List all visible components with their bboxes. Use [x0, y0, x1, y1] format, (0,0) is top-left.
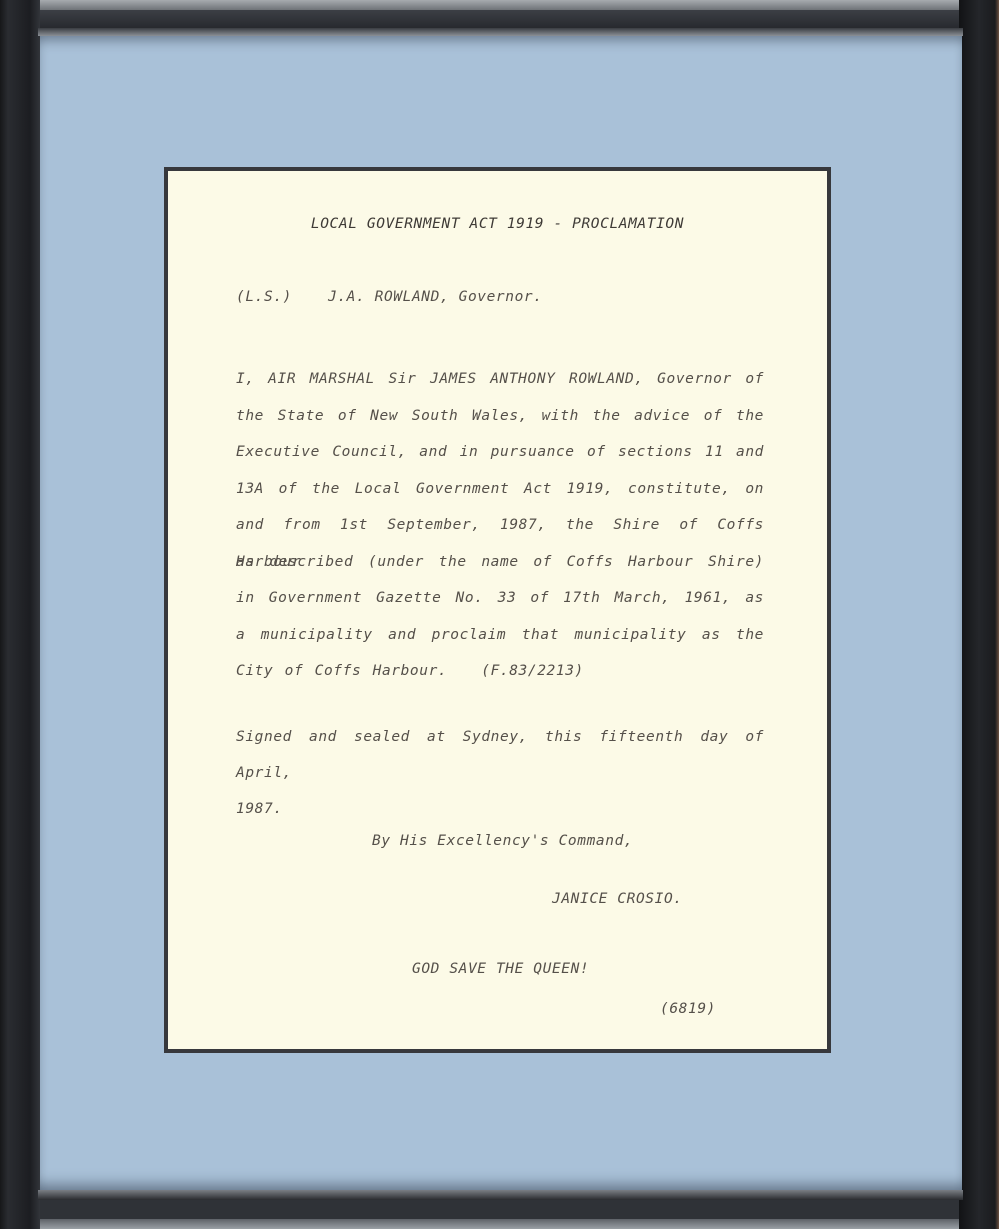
body-line: and from 1st September, 1987, the Shire …: [236, 507, 764, 544]
signatory-name: JANICE CROSIO.: [552, 891, 683, 907]
body-line: in Government Gazette No. 33 of 17th Mar…: [236, 580, 764, 617]
proclamation-body: I, AIR MARSHAL Sir JAMES ANTHONY ROWLAND…: [236, 361, 764, 690]
body-line: a municipality and proclaim that municip…: [236, 617, 764, 654]
proclamation-document: LOCAL GOVERNMENT ACT 1919 - PROCLAMATION…: [164, 167, 831, 1053]
frame-right-edge: [959, 0, 999, 1229]
body-line: City of Coffs Harbour. (F.83/2213): [236, 653, 764, 690]
closing-salutation: GOD SAVE THE QUEEN!: [412, 961, 589, 977]
signed-sealed-statement: Signed and sealed at Sydney, this fiftee…: [236, 719, 764, 827]
seal-line: (L.S.)J.A. ROWLAND, Governor.: [236, 289, 543, 305]
frame-bottom-edge: [0, 1219, 999, 1229]
frame-inner-lip-top: [38, 28, 963, 36]
signed-line: 1987.: [236, 791, 764, 827]
body-line: as described (under the name of Coffs Ha…: [236, 544, 764, 581]
document-title: LOCAL GOVERNMENT ACT 1919 - PROCLAMATION: [168, 216, 827, 232]
body-line: the State of New South Wales, with the a…: [236, 398, 764, 435]
body-line: 13A of the Local Government Act 1919, co…: [236, 471, 764, 508]
signed-line: Signed and sealed at Sydney, this fiftee…: [236, 719, 764, 791]
frame-left-edge: [0, 0, 40, 1229]
frame-top-edge: [0, 0, 999, 10]
seal-mark: (L.S.): [236, 289, 328, 305]
command-line: By His Excellency's Command,: [372, 833, 633, 849]
body-line: Executive Council, and in pursuance of s…: [236, 434, 764, 471]
body-line: I, AIR MARSHAL Sir JAMES ANTHONY ROWLAND…: [236, 361, 764, 398]
frame-inner-lip-bottom: [38, 1190, 963, 1200]
reference-number: (6819): [660, 1001, 716, 1017]
governor-signature: J.A. ROWLAND, Governor.: [328, 289, 543, 305]
